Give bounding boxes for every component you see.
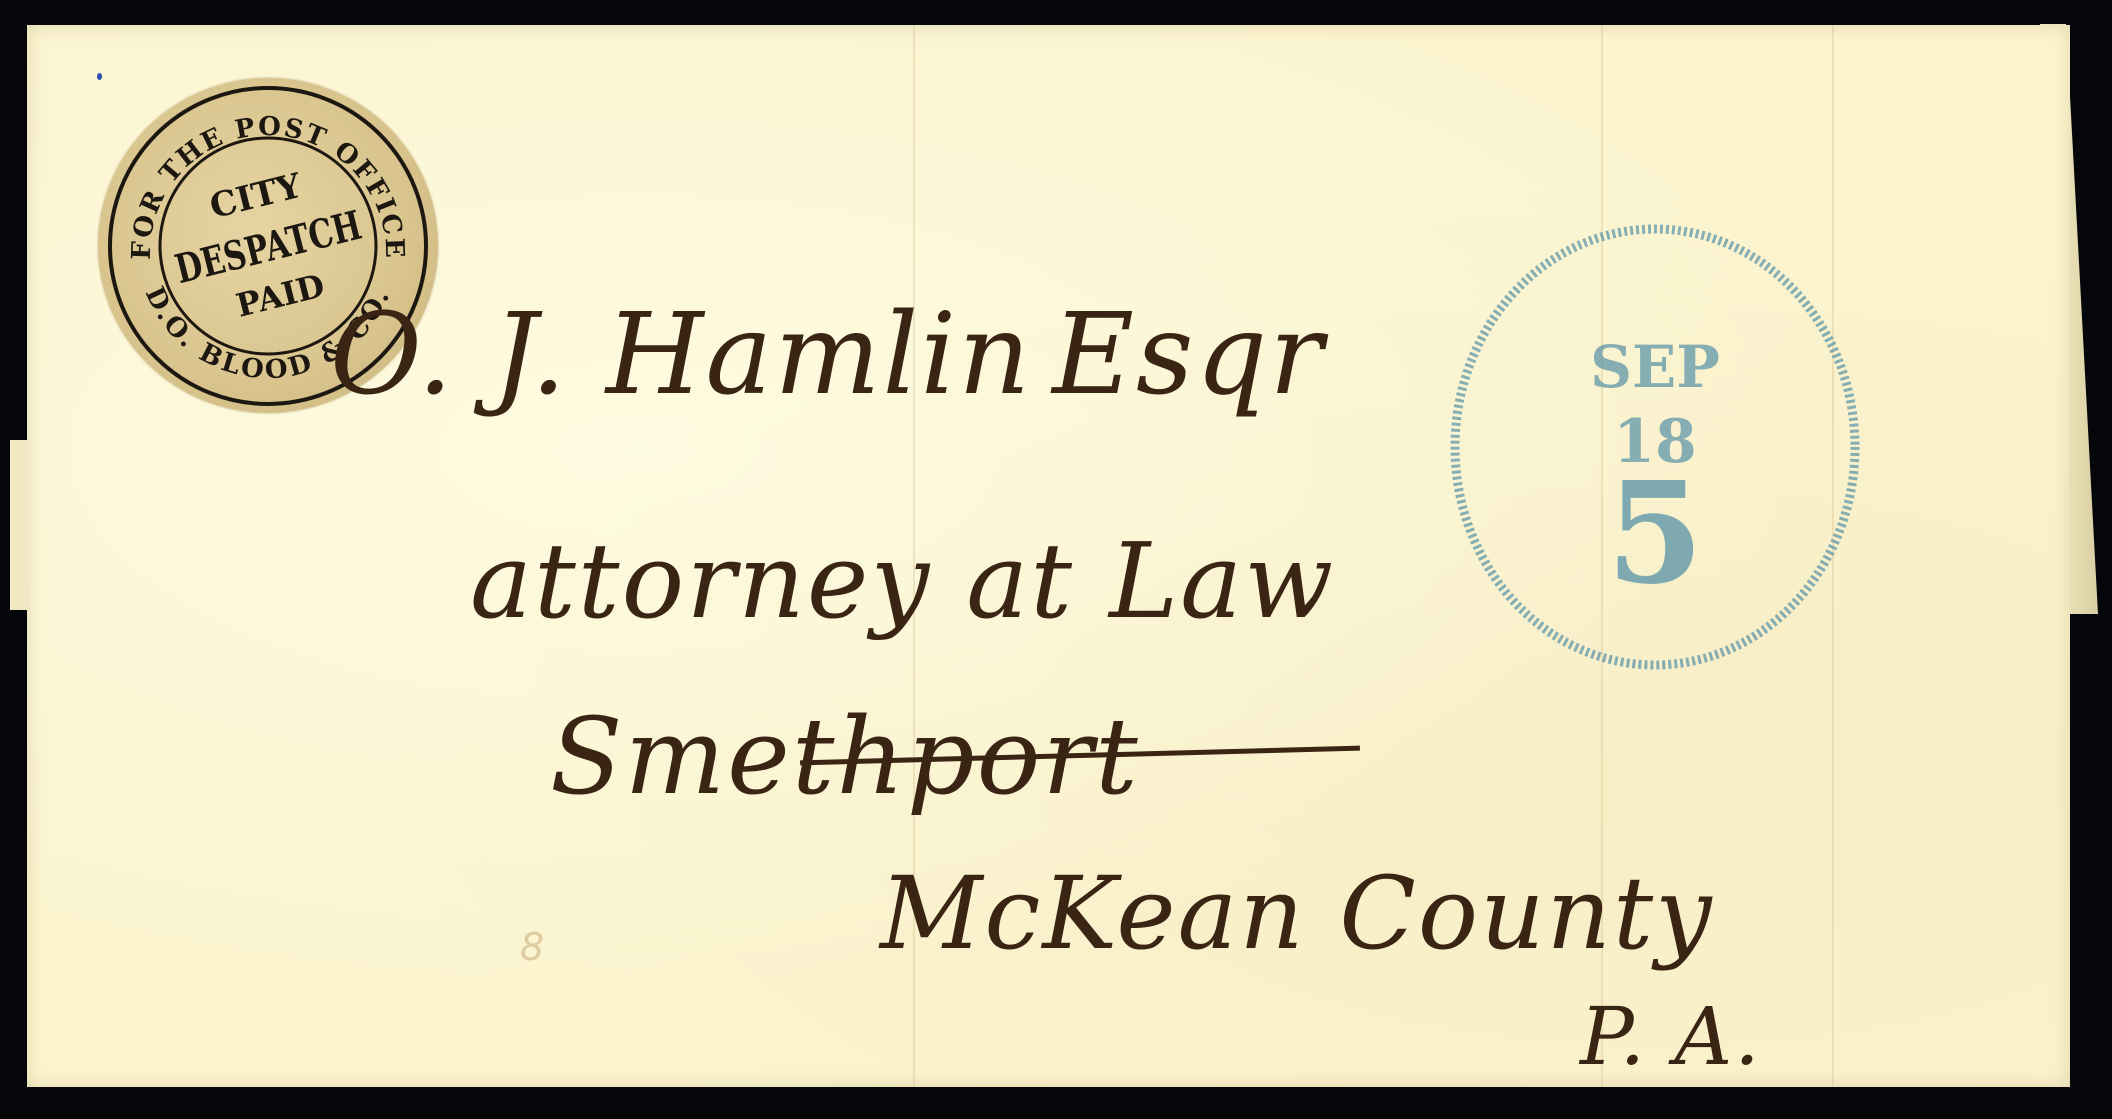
address-line-1: O. J. HamlinEsqr — [330, 290, 1325, 420]
pencil-note: 8 — [520, 925, 544, 969]
address-line-4: McKean County — [880, 855, 1714, 972]
address-line-2: attorney at Law — [470, 520, 1335, 642]
address-line-3: Smethport — [550, 695, 1140, 818]
postmark-month: SEP — [1590, 333, 1720, 401]
address-line-5: P. A. — [1580, 990, 1762, 1083]
addressee-title: Esqr — [1052, 290, 1324, 420]
postmark-rate: 5 — [1606, 452, 1703, 616]
circular-postmark: SEP 18 5 — [1430, 212, 1880, 682]
addressee-name: O. J. Hamlin — [330, 290, 1032, 420]
